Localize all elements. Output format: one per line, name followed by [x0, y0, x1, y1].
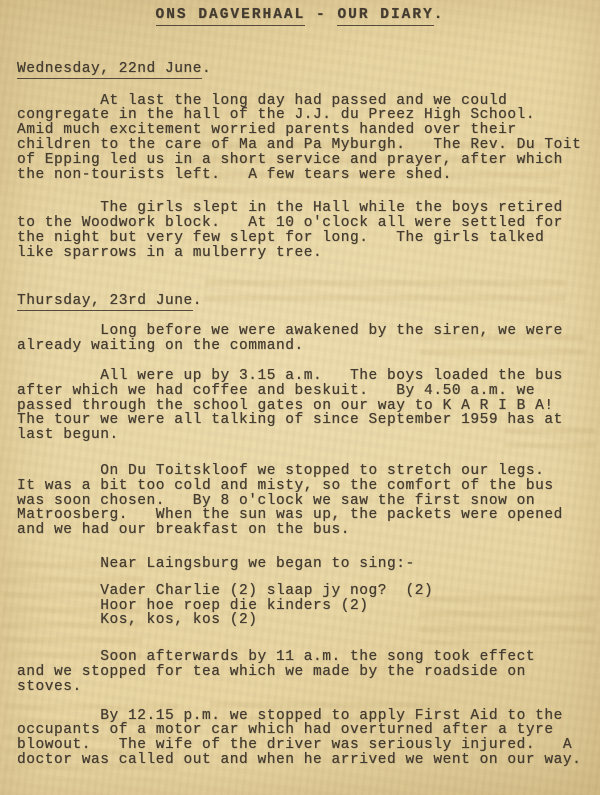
title-period: . — [434, 7, 445, 23]
diary-page: ONS DAGVERHAAL - OUR DIARY. Wednesday, 2… — [0, 0, 600, 795]
entry-heading-wednesday: Wednesday, 22nd June. — [17, 62, 600, 77]
title-part-english: OUR DIARY — [337, 7, 433, 26]
entry-heading-text: Wednesday, 22nd June — [17, 61, 202, 80]
heading-period: . — [202, 61, 211, 77]
entry-heading-thursday: Thursday, 23rd June. — [17, 294, 600, 309]
paragraph-departure: All were up by 3.15 a.m. The boys loaded… — [17, 369, 600, 443]
paragraph-arrival: At last the long day had passed and we c… — [17, 94, 600, 183]
paragraph-first-aid: By 12.15 p.m. we stopped to apply First … — [17, 709, 600, 768]
title-part-afrikaans: ONS DAGVERHAAL — [156, 7, 306, 26]
entry-heading-text: Thursday, 23rd June — [17, 293, 193, 312]
title-separator: - — [305, 7, 337, 23]
page-title: ONS DAGVERHAAL - OUR DIARY. — [0, 8, 600, 23]
paragraph-tea-stop: Soon afterwards by 11 a.m. the song took… — [17, 650, 600, 694]
song-lyrics: Vader Charlie (2) slaap jy nog? (2) Hoor… — [17, 584, 600, 628]
paragraph-du-toitskloof: On Du Toitskloof we stopped to stretch o… — [17, 464, 600, 538]
paragraph-siren: Long before we were awakened by the sire… — [17, 324, 600, 354]
paragraph-sleeping: The girls slept in the Hall while the bo… — [17, 201, 600, 260]
paragraph-sing-intro: Near Laingsburg we began to sing:- — [17, 557, 600, 572]
heading-period: . — [193, 293, 202, 309]
